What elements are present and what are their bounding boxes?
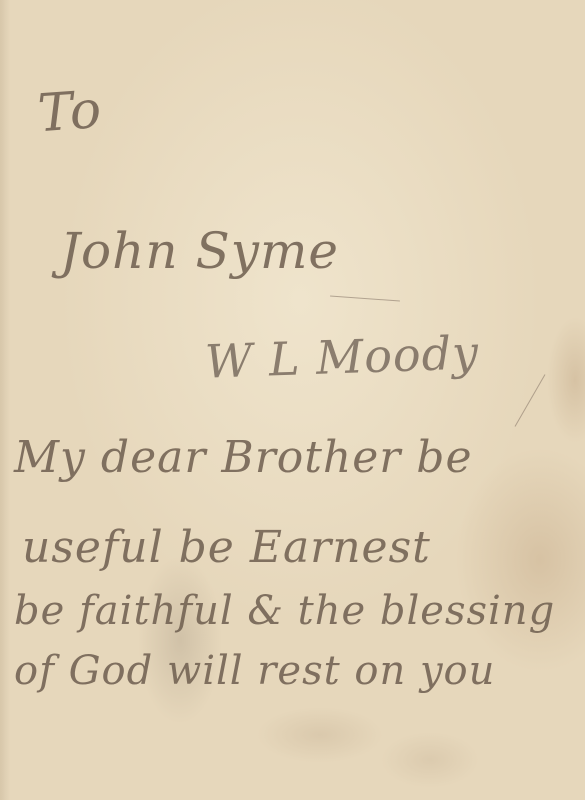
salutation-to: To bbox=[36, 80, 104, 144]
signature-w-l-moody: W L Moody bbox=[204, 325, 480, 389]
message-line-2: useful be Earnest bbox=[22, 522, 431, 573]
recipient-underline-flourish bbox=[330, 296, 400, 302]
signature-descender-stroke bbox=[515, 374, 546, 426]
handwritten-page: To John Syme W L Moody My dear Brother b… bbox=[0, 0, 585, 800]
message-line-1: My dear Brother be bbox=[14, 432, 473, 483]
message-line-3: be faithful & the blessing bbox=[14, 588, 555, 634]
message-line-4: of God will rest on you bbox=[14, 648, 495, 694]
recipient-name: John Syme bbox=[60, 222, 339, 280]
